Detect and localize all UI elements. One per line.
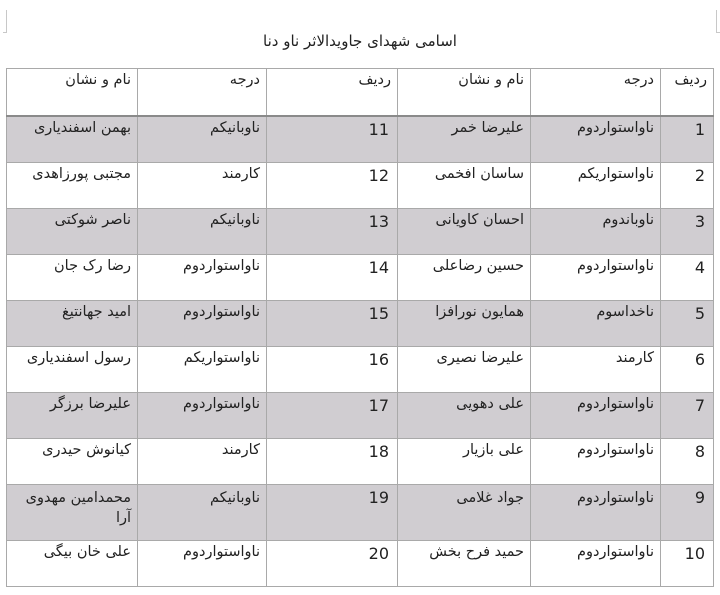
row-number: 2: [661, 163, 714, 209]
row-number: 19: [267, 485, 398, 541]
header-name: نام و نشان: [398, 69, 531, 117]
rank-cell: کارمند: [138, 163, 267, 209]
row-number: 7: [661, 393, 714, 439]
rank-cell: ناواستواردوم: [531, 255, 661, 301]
name-cell: رضا رک جان: [7, 255, 138, 301]
name-cell: ناصر شوکتی: [7, 209, 138, 255]
row-number: 20: [267, 541, 398, 587]
name-cell: علیرضا نصیری: [398, 347, 531, 393]
table-row: 6 کارمند علیرضا نصیری 16 ناواستواریکم رس…: [7, 347, 714, 393]
rank-cell: ناواستواردوم: [531, 439, 661, 485]
name-cell: بهمن اسفندیاری: [7, 116, 138, 163]
table-row: 3 ناوباندوم احسان کاویانی 13 ناوبانیکم ن…: [7, 209, 714, 255]
rank-cell: ناوباندوم: [531, 209, 661, 255]
name-cell: علی بازیار: [398, 439, 531, 485]
name-cell: حمید فرح بخش: [398, 541, 531, 587]
name-cell: جواد غلامی: [398, 485, 531, 541]
name-cell: امید جهانتیغ: [7, 301, 138, 347]
row-number: 12: [267, 163, 398, 209]
rank-cell: ناوبانیکم: [138, 209, 267, 255]
table-header-row: ردیف درجه نام و نشان ردیف درجه نام و نشا…: [7, 69, 714, 117]
rank-cell: ناوبانیکم: [138, 485, 267, 541]
row-number: 6: [661, 347, 714, 393]
rank-cell: ناواستواردوم: [531, 485, 661, 541]
row-number: 14: [267, 255, 398, 301]
header-row-number: ردیف: [661, 69, 714, 117]
name-cell: مجتبی پورزاهدی: [7, 163, 138, 209]
rank-cell: کارمند: [531, 347, 661, 393]
name-cell: احسان کاویانی: [398, 209, 531, 255]
row-number: 17: [267, 393, 398, 439]
rank-cell: کارمند: [138, 439, 267, 485]
name-cell: محمدامین مهدوی آرا: [7, 485, 138, 541]
table-row: 9 ناواستواردوم جواد غلامی 19 ناوبانیکم م…: [7, 485, 714, 541]
table-row: 8 ناواستواردوم علی بازیار 18 کارمند کیان…: [7, 439, 714, 485]
row-number: 13: [267, 209, 398, 255]
name-cell: علیرضا خمر: [398, 116, 531, 163]
name-cell: کیانوش حیدری: [7, 439, 138, 485]
rank-cell: ناوبانیکم: [138, 116, 267, 163]
row-number: 16: [267, 347, 398, 393]
row-number: 11: [267, 116, 398, 163]
name-cell: همایون نورافزا: [398, 301, 531, 347]
rank-cell: ناواستواریکم: [531, 163, 661, 209]
rank-cell: ناواستواریکم: [138, 347, 267, 393]
document-title: اسامی شهدای جاویدالاثر ناو دنا: [0, 32, 720, 50]
martyrs-table: ردیف درجه نام و نشان ردیف درجه نام و نشا…: [6, 68, 714, 587]
rank-cell: ناواستواردوم: [138, 301, 267, 347]
row-number: 15: [267, 301, 398, 347]
row-number: 1: [661, 116, 714, 163]
rank-cell: ناواستواردوم: [138, 541, 267, 587]
table-row: 2 ناواستواریکم ساسان افخمی 12 کارمند مجت…: [7, 163, 714, 209]
header-name-2: نام و نشان: [7, 69, 138, 117]
rank-cell: ناواستواردوم: [531, 393, 661, 439]
row-number: 9: [661, 485, 714, 541]
rank-cell: ناواستواردوم: [138, 255, 267, 301]
name-cell: حسین رضاعلی: [398, 255, 531, 301]
rank-cell: ناواستواردوم: [531, 116, 661, 163]
header-row-number-2: ردیف: [267, 69, 398, 117]
name-cell: علی خان بیگی: [7, 541, 138, 587]
page-corner-mark-left: [3, 10, 7, 33]
rank-cell: ناواستواردوم: [531, 541, 661, 587]
row-number: 18: [267, 439, 398, 485]
row-number: 3: [661, 209, 714, 255]
row-number: 10: [661, 541, 714, 587]
name-cell: ساسان افخمی: [398, 163, 531, 209]
name-cell: علی دهویی: [398, 393, 531, 439]
row-number: 8: [661, 439, 714, 485]
header-rank: درجه: [531, 69, 661, 117]
header-rank-2: درجه: [138, 69, 267, 117]
rank-cell: ناخداسوم: [531, 301, 661, 347]
table-row: 5 ناخداسوم همایون نورافزا 15 ناواستواردو…: [7, 301, 714, 347]
table-row: 10 ناواستواردوم حمید فرح بخش 20 ناواستوا…: [7, 541, 714, 587]
table-row: 1 ناواستواردوم علیرضا خمر 11 ناوبانیکم ب…: [7, 116, 714, 163]
name-cell: رسول اسفندیاری: [7, 347, 138, 393]
table-row: 7 ناواستواردوم علی دهویی 17 ناواستواردوم…: [7, 393, 714, 439]
rank-cell: ناواستواردوم: [138, 393, 267, 439]
row-number: 4: [661, 255, 714, 301]
name-cell: علیرضا برزگر: [7, 393, 138, 439]
table-row: 4 ناواستواردوم حسین رضاعلی 14 ناواستوارد…: [7, 255, 714, 301]
page-corner-mark-right: [716, 10, 720, 33]
row-number: 5: [661, 301, 714, 347]
